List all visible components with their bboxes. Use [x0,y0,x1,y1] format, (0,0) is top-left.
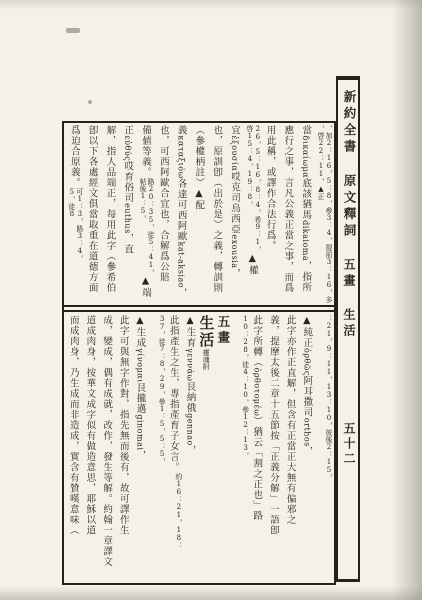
greek-or-roman-text: kat-aksiao [177,242,186,288]
cjk-text: （參權柄註）▲配 [193,125,204,211]
reference-text [317,315,325,481]
cjk-text: ▲純正 [301,315,312,348]
reference-text: 10：28，徒4：10，參12：13， [242,315,250,459]
reference-sublines: 可1：3，路3：4，5，徒8 [68,188,84,262]
greek-or-roman-text: ὀρθοτομέω [252,368,261,417]
cjk-text: ， [229,269,240,280]
cjk-text: 正 [122,125,133,136]
entry-headword: 生活 [200,315,216,349]
text-column: 宜ἐξουσία哎克司烏西亞exousia， [226,125,244,303]
cjk-text: 也，原訓卽（出於是）之義，轉訓則有權柄 [208,125,222,293]
cjk-text: 此字可與無字作對，指先無而後有，故可譯作生 [118,315,129,536]
greek-or-roman-text: orthos [302,418,311,447]
reference-text [234,315,242,459]
text-column: 義，提摩太後二章十五節按「正義分解」一語卽 [266,315,283,579]
cjk-text: 底該猶馬 [300,178,311,220]
text-column: 而成肉身，乃生成而非造成，實含有贊嘆意味（ [66,315,83,579]
text-column: ▲生育γεννάω艮納俄gennao， [183,315,200,579]
cjk-text: 也，可西阿歐合宜也，合解爲公賠義，以 [155,125,169,283]
cjk-text: 哎克司烏西亞 [229,171,240,234]
reference-text: ，啓22：11，▲正 [317,125,325,303]
cjk-text: 哎育俗司 [122,161,133,203]
greek-or-roman-text: γεννάω [186,348,195,382]
cjk-text: ▲端 [140,276,151,299]
reference-text: 5，徒8 [68,188,76,262]
reference-sublines: 約16：21，18： [167,473,183,549]
top-register: ，加2：16，5：8，參3：4，提前3：16，多3：7，啓22：11，▲正當δι… [65,125,333,303]
cjk-text: 道成肉身，按華文成字似有做造意思，耶穌以道 [84,315,95,536]
text-column: 備値等義。路20：35，徒5：41，帖後1：5，▲端 [137,125,155,303]
reference-text: 26，5：16，8：4，希9：1， [254,125,262,253]
scan-edge-top [0,0,422,10]
cjk-text: 而成肉身，乃生成而非造成，實含有贊嘆意味（ [68,315,79,536]
scan-speck [66,28,80,33]
text-column: 也，可西阿歐合宜也，合解爲公賠義，以 [155,125,173,303]
text-column: （參權柄註）▲配 [191,125,209,303]
greek-or-roman-text: exousia [230,234,239,268]
reference-text: ，加2：16，5：8，參3：4，提前3：16，多3：7 [325,125,333,303]
cjk-text: 卽以下各處經文俱當取重在道德方面看較 [84,125,98,293]
cjk-text: 解，指人品端正，每用此字（參希伯來一 [102,125,116,293]
greek-or-roman-text: εὐθύς [123,136,132,162]
cjk-text: 此字亦作正直解，但含有正當正大無有偏邪之 [285,315,296,525]
reference-text [167,473,175,549]
cjk-text: ，指所 [300,261,311,293]
text-column: 26，5：16，8：4，希9：1，啓15：4，19：8，▲權 [244,125,262,303]
text-column: ，加2：16，5：8，參3：4，提前3：16，多3：7，啓22：11，▲正 [315,125,333,303]
text-column: 此字可與無字作對，指先無而後有，故可譯作生 [116,315,133,579]
cjk-text: ，直 [122,234,133,255]
margin-strip: 新約全書 原文釋詞 五畫 生活 五十二 [336,76,360,582]
cjk-text: ▲權 [247,253,258,276]
text-column: 爲迫合原義。可1：3，路3：4，5，徒8 [66,125,84,303]
greek-or-roman-text: ἐξουσία [230,136,239,172]
cjk-text: 成，變成，偶有成就，改作，發生等解。約翰一章譯文 [101,315,112,567]
cjk-text: ， [185,446,196,457]
reference-text: 啓15：4，19：8， [246,125,254,253]
register-divider [62,305,336,312]
greek-or-roman-text: δικαίωμα [301,136,310,179]
cjk-text: 各達可西阿歐 [176,179,187,242]
cjk-text: ▲生成 [134,315,145,348]
cjk-text: 當 [300,125,311,136]
cjk-text: 宜 [229,125,240,136]
cjk-text: 爲迫合原義。 [69,125,80,188]
stroke-section-header: 五畫 [216,315,231,346]
text-column: ▲生成γίνομαι艮攏邁ginomai， [133,315,150,579]
reference-text: 路20：35，徒5：41， [147,178,155,276]
reference-sublines: ：21，9：11，13：10，彼後2：15， [317,315,333,481]
reference-text: ：21，9：11，13：10，彼後2：15， [325,315,333,481]
cjk-text: 靈魂附 [202,349,210,370]
cjk-text: ， [176,288,187,299]
scan-edge-bottom [0,586,422,600]
scan-speck [88,100,92,104]
reference-sublines: 26，5：16，8：4，希9：1，啓15：4，19：8， [246,125,262,253]
reference-sublines: 路20：35，徒5：41，帖後1：5， [139,178,155,276]
reference-sublines: 10：28，徒4：10，參12：13， [234,315,250,459]
text-column: ▲純正ὀρθῶς阿耳撒司orthos， [300,315,317,579]
cjk-text: 此字所轉（ [251,315,262,368]
scanned-book-page: ，加2：16，5：8，參3：4，提前3：16，多3：7，啓22：11，▲正當δι… [0,0,422,600]
greek-or-roman-text: ὀρθῶς [302,348,311,376]
text-column: 解，指人品端正，每用此字（參希伯來一 [102,125,120,303]
text-column: ：21，9：11，13：10，彼後2：15， [316,315,333,579]
reference-sublines: 37，徒7：8，29，參1：5，5：5， [150,315,166,465]
text-column: 37，徒7：8，29，參1：5，5：5， [149,315,166,579]
reference-text: 可1：3，路3：4， [76,188,84,262]
text-column: 生活靈魂附 [200,315,217,579]
cjk-text: 艮納俄 [185,382,196,414]
cjk-text: 應行之事，言凡公義正當之事，而爲分所應 [280,125,294,293]
greek-or-roman-text: dikaioma [301,220,310,261]
scan-edge-right [392,0,422,600]
section-label: 五畫 [338,258,358,290]
text-column: 卽以下各處經文俱當取重在道德方面看較 [84,125,102,303]
cjk-text: 義，提摩太後二章十五節按「正義分解」一語卽 [268,315,279,536]
text-column: 應行之事，言凡公義正當之事，而爲分所應 [280,125,298,303]
text-column: 義καταξιόω各達可西阿歐kat-aksiao， [173,125,191,303]
reference-sublines: ，加2：16，5：8，參3：4，提前3：16，多3：7，啓22：11，▲正 [317,125,333,303]
section-word: 生活 [338,308,358,340]
greek-or-roman-text: γίνομαι [135,348,144,383]
cjk-text: 義 [176,125,187,136]
folio-number: 五十二 [338,422,358,467]
cjk-text: ， [134,450,145,461]
reference-text: 37，徒7：8，29，參1：5，5：5， [158,315,166,465]
greek-or-roman-text: καταξιόω [177,136,186,179]
cjk-text: 備値等義。 [140,125,151,178]
text-column: 五畫 [216,315,233,579]
cjk-text: 此指產生之生，專指產育子女言。 [168,315,179,473]
cjk-text: 阿耳撒司 [301,376,312,418]
cjk-text: ）猶云「割之正也」路 [251,416,262,521]
cjk-text: ， [301,447,312,458]
greek-or-roman-text: gennao [186,413,195,446]
text-column: 此字所轉（ὀρθοτομέω）猶云「割之正也」路 [250,315,267,579]
text-column: 10：28，徒4：10，參12：13， [233,315,250,579]
text-column: 正εὐθύς哎育俗司euthus，直 [119,125,137,303]
bottom-register: ：21，9：11，13：10，彼後2：15，▲純正ὀρθῶς阿耳撒司orthos… [65,315,333,579]
cjk-text: ▲生育 [185,315,196,348]
greek-or-roman-text: ginomai [135,414,144,450]
text-column: 道成肉身，按華文成字似有做造意思，耶穌以道 [83,315,100,579]
text-column: 此字亦作正直解，但含有正當正大無有偏邪之 [283,315,300,579]
cjk-text: 艮攏邁 [134,383,145,415]
reference-text: 約16：21，18： [175,473,183,549]
reference-text: 帖後1：5， [139,178,147,276]
book-title: 新約全書 [338,90,358,156]
text-column: 也，原訓卽（出於是）之義，轉訓則有權柄 [208,125,226,303]
text-column: 當δικαίωμα底該猶馬dikaioma，指所 [297,125,315,303]
text-column: 成，變成，偶有成就，改作，發生等解。約翰一章譯文 [99,315,116,579]
cjk-text: 用此稱，或譯作合法行爲。 [265,125,276,251]
text-column: 此指產生之生，專指產育子女言。約16：21，18： [166,315,183,579]
reference-text [150,315,158,465]
text-column: 用此稱，或譯作合法行爲。路1：6，羅1：32，2： [262,125,280,303]
book-subtitle: 原文釋詞 [338,174,358,240]
greek-or-roman-text: euthus [123,203,132,234]
